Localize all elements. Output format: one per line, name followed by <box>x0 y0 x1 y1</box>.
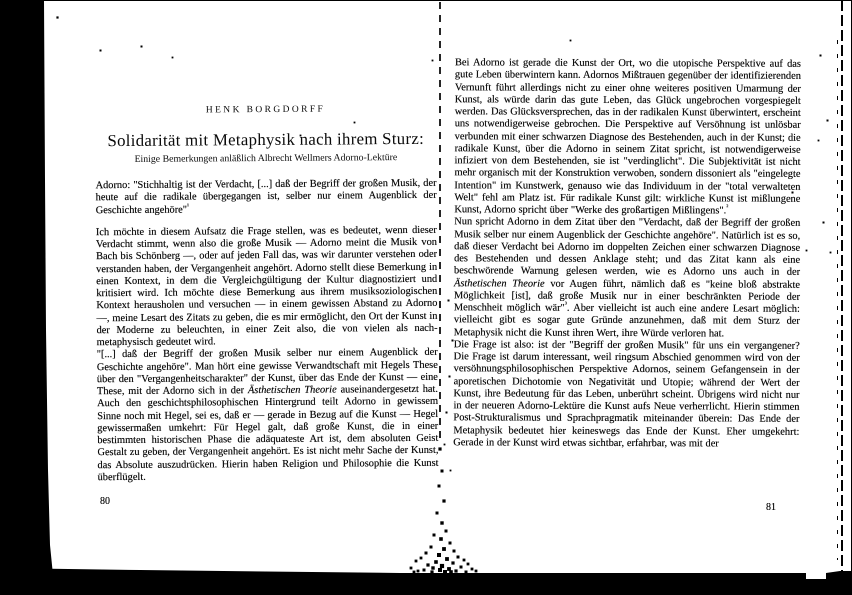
left-page: HENK BORGDORFF Solidarität mit Metaphysi… <box>95 104 439 484</box>
page-number-right: 81 <box>766 502 776 513</box>
scan-edge-black-bar-left <box>0 0 53 595</box>
article-title: Solidarität mit Metaphysik nach ihrem St… <box>95 129 436 150</box>
epigraph-quote: Adorno: "Stichhaltig ist der Verdacht, [… <box>96 178 437 217</box>
scan-edge-line-right-outer <box>841 0 843 595</box>
page-number-left: 80 <box>100 496 110 507</box>
scan-edge-line-right-inner <box>837 40 838 560</box>
book-gutter-line <box>439 2 441 440</box>
body-paragraph: Nun spricht Adorno in dem Zitat über den… <box>454 216 801 340</box>
article-subtitle: Einige Bemerkungen anläßlich Albrecht We… <box>95 152 436 165</box>
scanned-book-spread: { "left_page": { "author": "HENK BORGDOR… <box>0 0 852 595</box>
scan-edge-black-band-bottom <box>0 568 852 595</box>
body-paragraph: "[...] daß der Begriff der großen Musik … <box>97 347 439 484</box>
author-name: HENK BORGDORFF <box>95 104 436 116</box>
body-paragraph: Ich möchte in diesem Aufsatz die Frage s… <box>96 225 438 350</box>
body-paragraph: Die Frage ist also: ist der "Begriff der… <box>453 339 799 451</box>
right-page: Bei Adorno ist gerade die Kunst der Ort,… <box>453 57 801 451</box>
body-paragraph: Bei Adorno ist gerade die Kunst der Ort,… <box>454 57 801 218</box>
